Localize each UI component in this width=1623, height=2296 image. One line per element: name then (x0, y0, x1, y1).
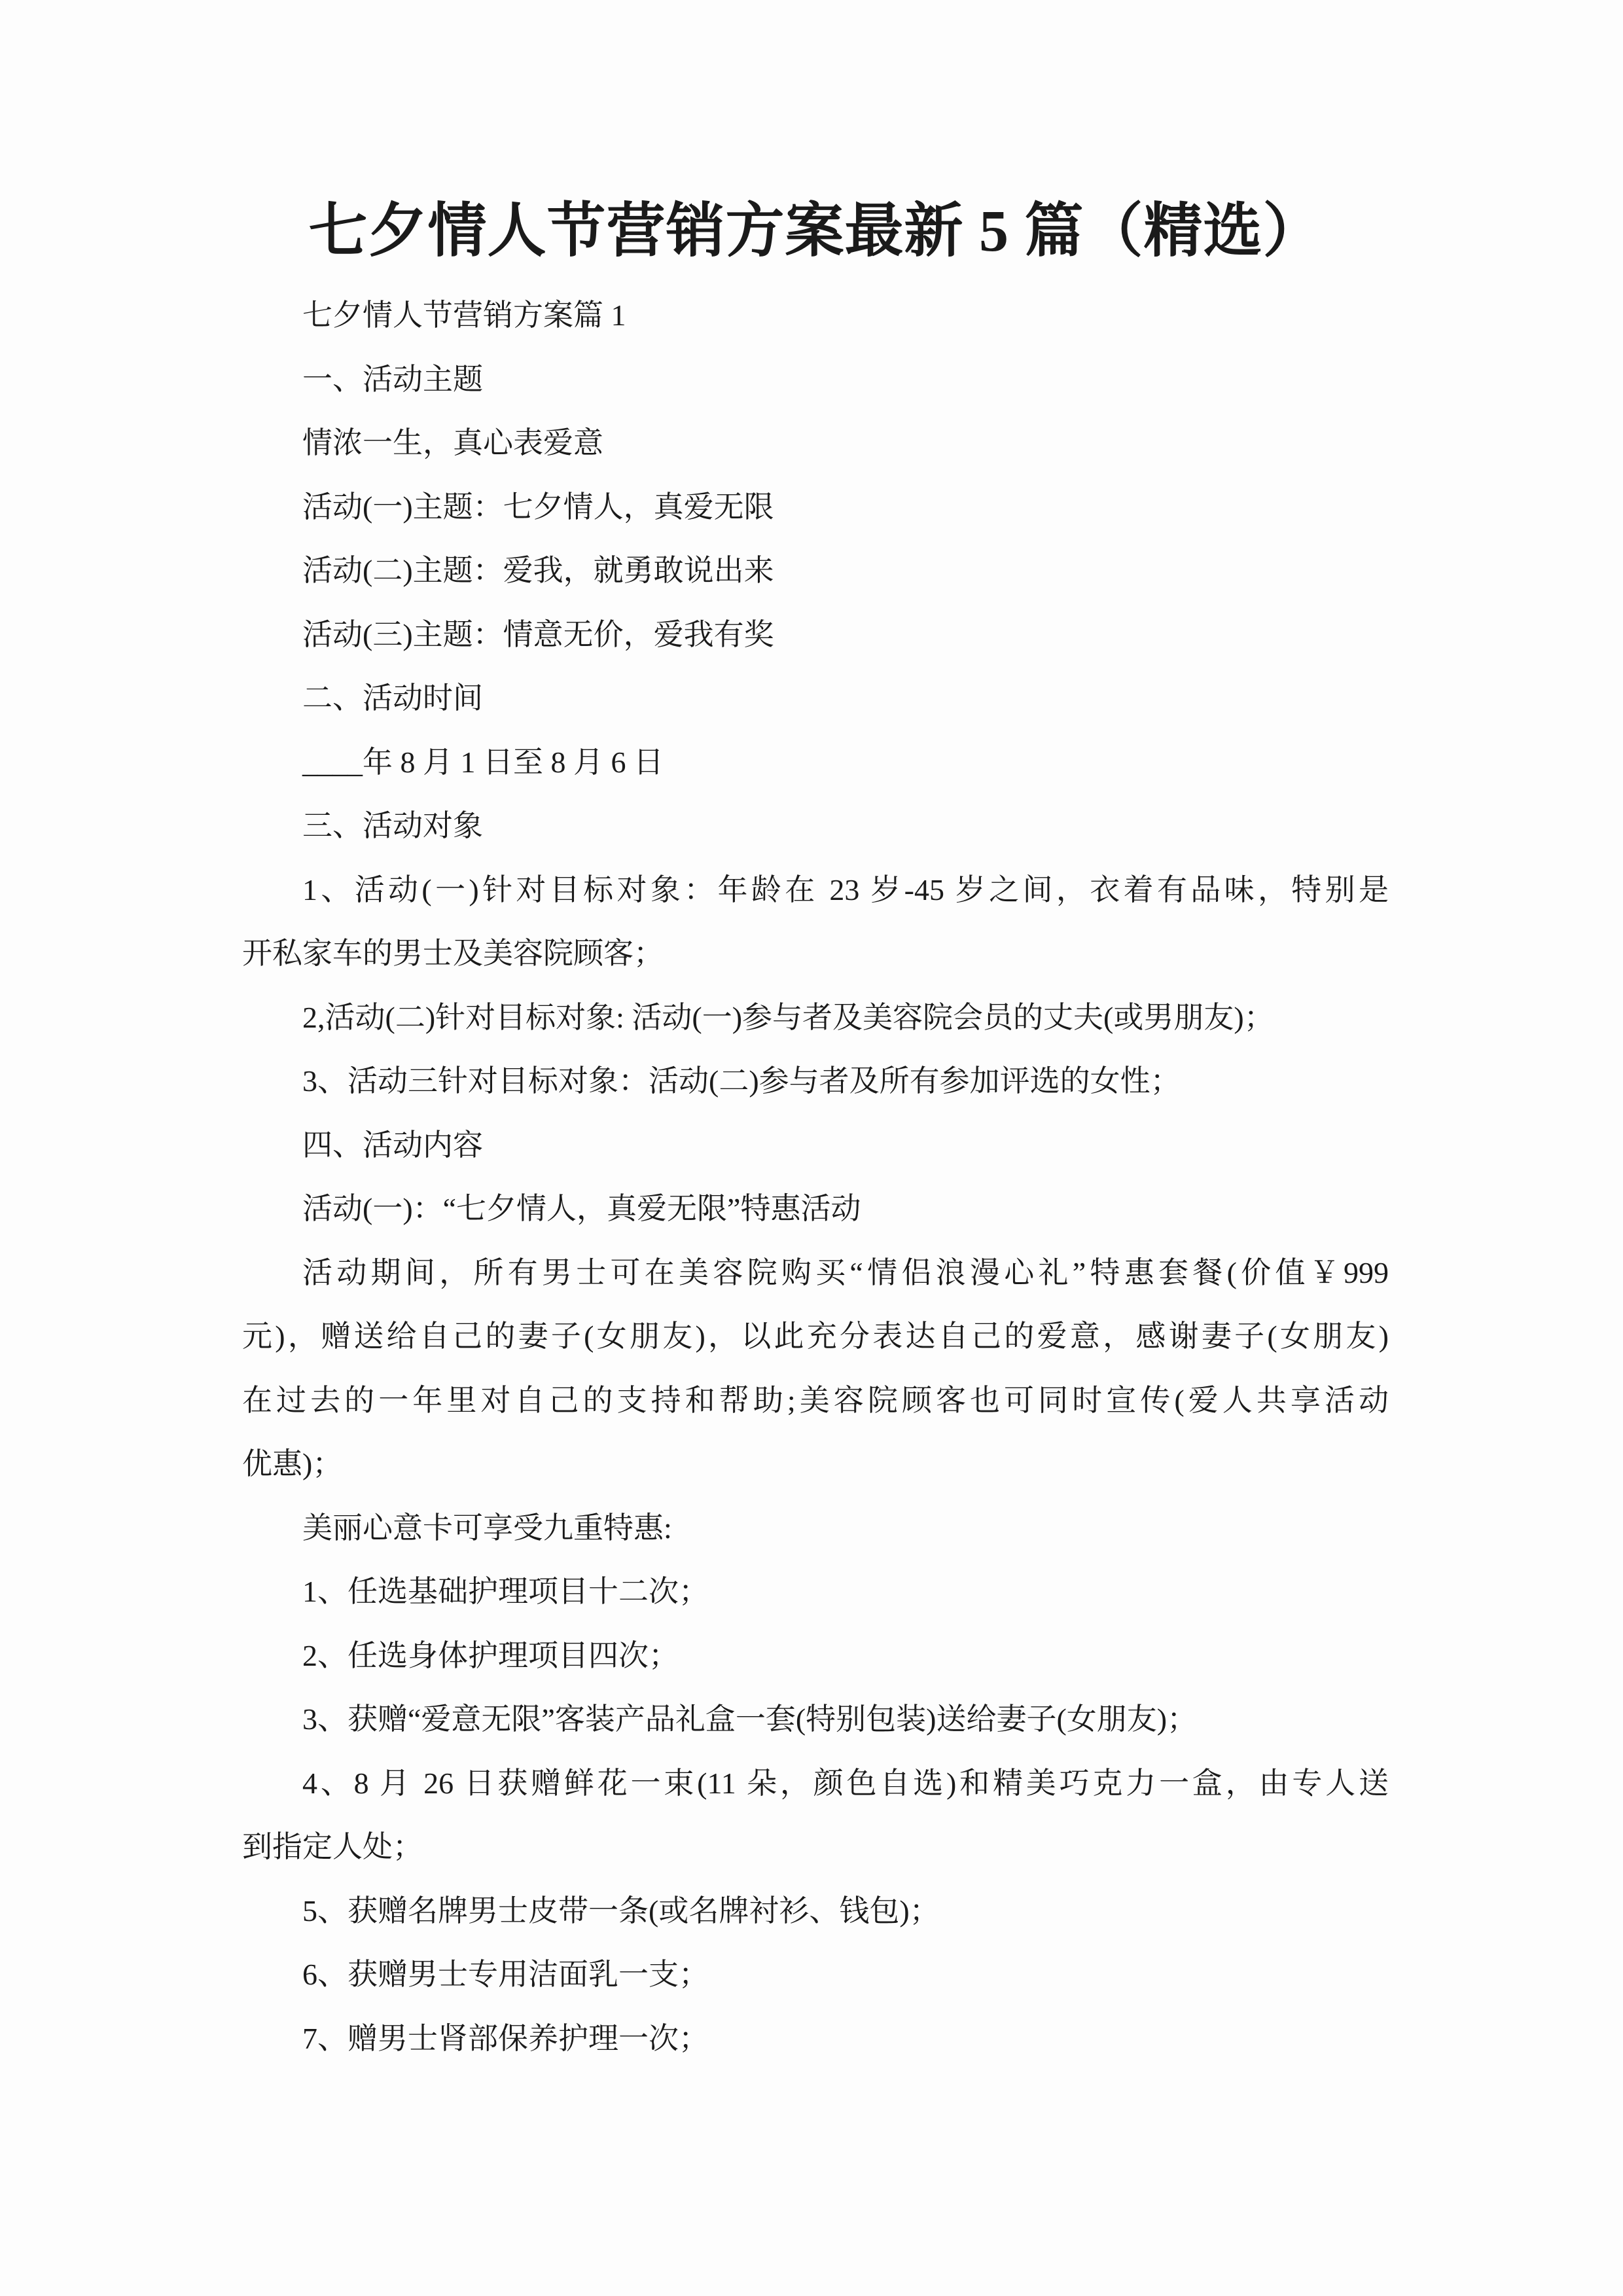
paragraph-line: ____年 8 月 1 日至 8 月 6 日 (242, 730, 1389, 795)
paragraph-line: 2、任选身体护理项目四次； (242, 1624, 1389, 1688)
paragraph-line: 活动(三)主题：情意无价，爱我有奖 (242, 603, 1389, 667)
paragraph-line: 1、任选基础护理项目十二次； (242, 1560, 1389, 1624)
paragraph-line: 四、活动内容 (242, 1113, 1389, 1177)
paragraph-line: 到指定人处； (242, 1815, 1389, 1879)
document-body: 七夕情人节营销方案篇 1一、活动主题情浓一生，真心表爱意活动(一)主题：七夕情人… (242, 283, 1389, 2070)
document-content: 七夕情人节营销方案最新 5 篇（精选） 七夕情人节营销方案篇 1一、活动主题情浓… (242, 196, 1389, 2070)
paragraph-line: 七夕情人节营销方案篇 1 (242, 283, 1389, 348)
paragraph-line: 三、活动对象 (242, 794, 1389, 858)
paragraph-line: 二、活动时间 (242, 666, 1389, 730)
document-title: 七夕情人节营销方案最新 5 篇（精选） (242, 196, 1389, 267)
paragraph-line: 在过去的一年里对自己的支持和帮助;美容院顾客也可同时宣传(爱人共享活动 (242, 1369, 1389, 1433)
paragraph-line: 活动(二)主题：爱我，就勇敢说出来 (242, 539, 1389, 603)
paragraph-line: 开私家车的男士及美容院顾客； (242, 922, 1389, 986)
paragraph-line: 活动期间，所有男士可在美容院购买“情侣浪漫心礼”特惠套餐(价值￥999 (242, 1241, 1389, 1305)
paragraph-line: 3、获赠“爱意无限”客装产品礼盒一套(特别包装)送给妻子(女朋友)； (242, 1687, 1389, 1751)
paragraph-line: 优惠)； (242, 1432, 1389, 1496)
paragraph-line: 情浓一生，真心表爱意 (242, 411, 1389, 475)
paragraph-line: 4、8 月 26 日获赠鲜花一束(11 朵，颜色自选)和精美巧克力一盒，由专人送 (242, 1751, 1389, 1816)
paragraph-line: 元)，赠送给自己的妻子(女朋友)，以此充分表达自己的爱意，感谢妻子(女朋友) (242, 1304, 1389, 1369)
paragraph-line: 美丽心意卡可享受九重特惠: (242, 1496, 1389, 1560)
paragraph-line: 5、获赠名牌男士皮带一条(或名牌衬衫、钱包)； (242, 1879, 1389, 1943)
document-page: 七夕情人节营销方案最新 5 篇（精选） 七夕情人节营销方案篇 1一、活动主题情浓… (0, 0, 1623, 2296)
paragraph-line: 7、赠男士肾部保养护理一次； (242, 2007, 1389, 2071)
paragraph-line: 一、活动主题 (242, 348, 1389, 412)
paragraph-line: 2,活动(二)针对目标对象: 活动(一)参与者及美容院会员的丈夫(或男朋友)； (242, 986, 1389, 1050)
paragraph-line: 活动(一)：“七夕情人，真爱无限”特惠活动 (242, 1177, 1389, 1241)
paragraph-line: 1、活动(一)针对目标对象：年龄在 23 岁-45 岁之间，衣着有品味，特别是 (242, 858, 1389, 922)
paragraph-line: 活动(一)主题：七夕情人，真爱无限 (242, 475, 1389, 539)
paragraph-line: 6、获赠男士专用洁面乳一支； (242, 1943, 1389, 2007)
paragraph-line: 3、活动三针对目标对象：活动(二)参与者及所有参加评选的女性； (242, 1049, 1389, 1113)
